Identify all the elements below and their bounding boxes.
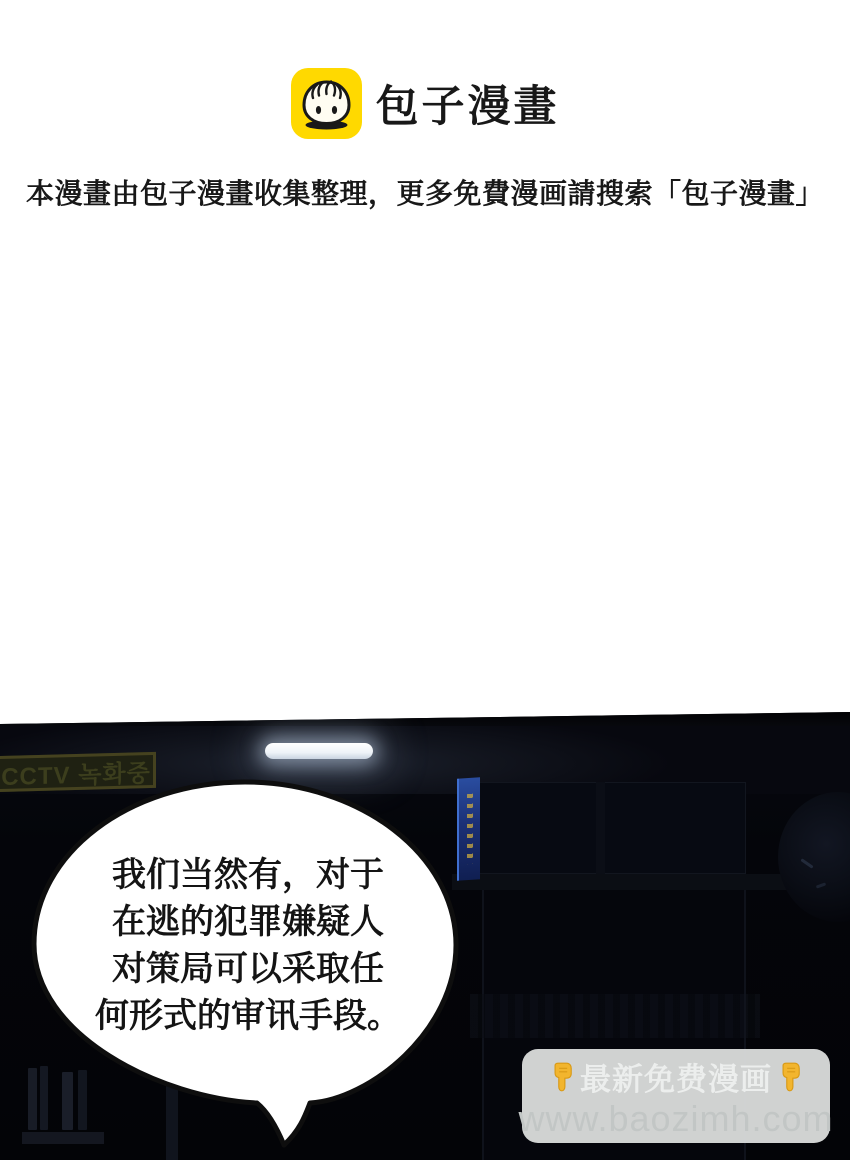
background-shelf-row	[470, 994, 760, 1038]
speech-line: 我们当然有，对于	[92, 852, 404, 899]
speech-line: 何形式的审讯手段。	[92, 993, 404, 1040]
site-watermark: 最新免费漫画 www.baozimh.com	[522, 1049, 830, 1143]
point-down-hand-icon	[548, 1062, 576, 1092]
baozi-logo-icon	[291, 68, 362, 139]
speech-bubble-text: 我们当然有，对于 在逃的犯罪嫌疑人 对策局可以采取任 何形式的审讯手段。	[92, 852, 404, 1040]
comic-panel: CCTV 녹화중 我们当然有，对于 在逃的犯罪嫌疑人 对策局可以采取任 何形式的…	[0, 712, 850, 1160]
wall-fan-silhouette	[778, 792, 850, 922]
brand-title: 包子漫畫	[376, 73, 560, 134]
comic-page: 包子漫畫 本漫畫由包子漫畫收集整理，更多免費漫画請搜索「包子漫畫」 CCTV 녹…	[0, 0, 850, 1160]
watermark-headline-text: 最新免费漫画	[580, 1054, 772, 1099]
watermark-url: www.baozimh.com	[518, 1100, 833, 1138]
point-down-hand-icon	[776, 1062, 804, 1092]
speech-line: 对策局可以采取任	[92, 946, 404, 993]
background-window-upper	[478, 782, 746, 874]
speech-line: 在逃的犯罪嫌疑人	[92, 899, 404, 946]
baozi-bun-icon	[291, 68, 362, 139]
fluorescent-light-bar	[265, 743, 373, 759]
brand-header: 包子漫畫	[0, 64, 850, 142]
watermark-headline: 最新免费漫画	[548, 1054, 804, 1099]
brand-subtitle: 本漫畫由包子漫畫收集整理，更多免費漫画請搜索「包子漫畫」	[0, 172, 850, 212]
window-frame-divider	[596, 782, 605, 874]
